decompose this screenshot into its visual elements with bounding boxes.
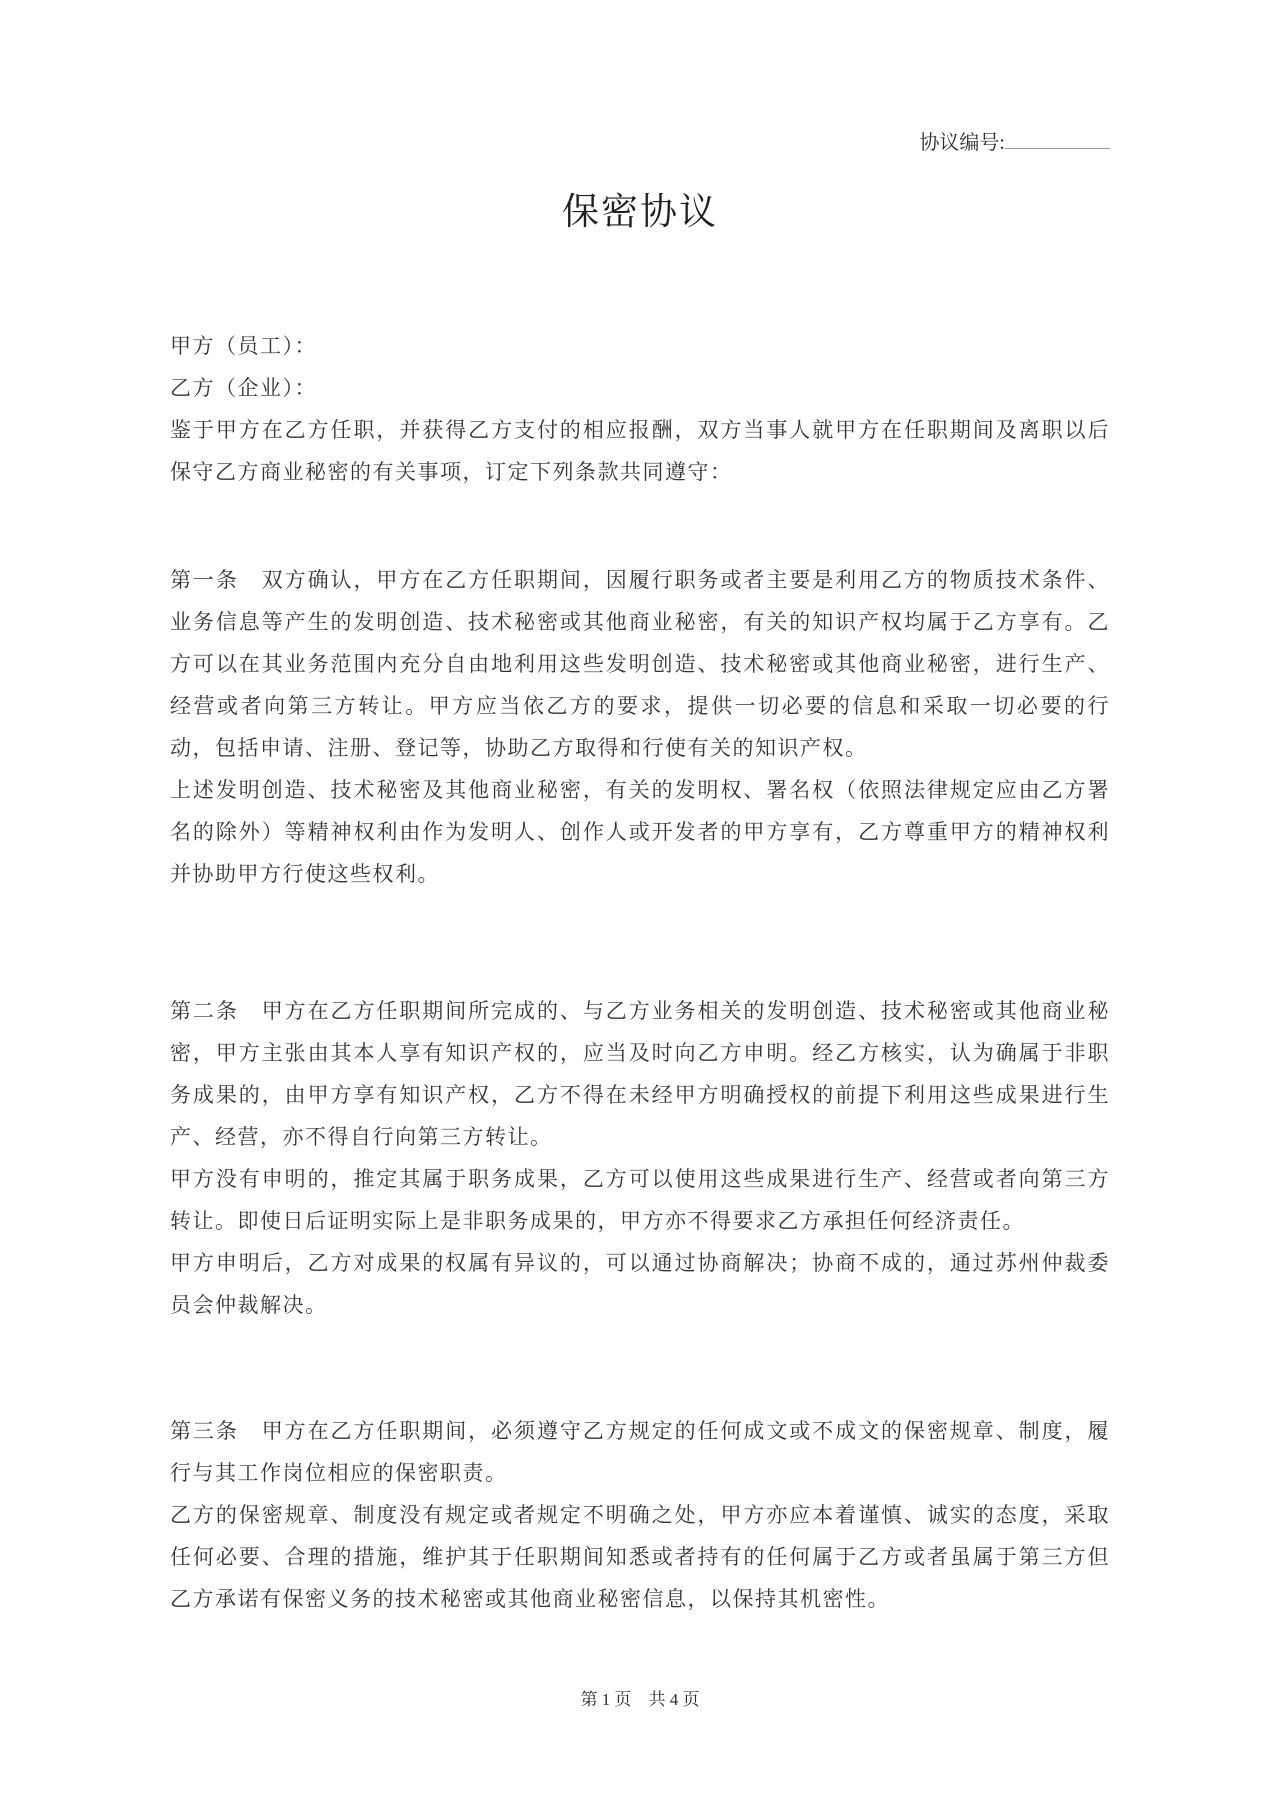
article-1-paragraph-1: 第一条 双方确认，甲方在乙方任职期间，因履行职务或者主要是利用乙方的物质技术条件… [170, 559, 1110, 769]
page-number: 第 1 页 共 4 页 [170, 1685, 1110, 1715]
preamble-paragraph: 鉴于甲方在乙方任职，并获得乙方支付的相应报酬，双方当事人就甲方在任职期间及离职以… [170, 409, 1110, 493]
agreement-number-label: 协议编号: [919, 132, 1005, 154]
article-1: 第一条 双方确认，甲方在乙方任职期间，因履行职务或者主要是利用乙方的物质技术条件… [170, 559, 1110, 895]
document-page: 协议编号: 保密协议 甲方（员工）： 乙方（企业）： 鉴于甲方在乙方任职，并获得… [0, 0, 1280, 1810]
party-b-line: 乙方（企业）： [170, 367, 1110, 409]
article-2-paragraph-1: 第二条 甲方在乙方任职期间所完成的、与乙方业务相关的发明创造、技术秘密或其他商业… [170, 990, 1110, 1158]
page-title: 保密协议 [170, 188, 1110, 238]
agreement-number-row: 协议编号: [170, 0, 1110, 158]
article-2-paragraph-3: 甲方申明后，乙方对成果的权属有异议的，可以通过协商解决；协商不成的，通过苏州仲裁… [170, 1242, 1110, 1326]
article-2-paragraph-2: 甲方没有申明的，推定其属于职务成果，乙方可以使用这些成果进行生产、经营或者向第三… [170, 1158, 1110, 1242]
parties-block: 甲方（员工）： 乙方（企业）： 鉴于甲方在乙方任职，并获得乙方支付的相应报酬，双… [170, 325, 1110, 493]
article-3-paragraph-1: 第三条 甲方在乙方任职期间，必须遵守乙方规定的任何成文或不成文的保密规章、制度，… [170, 1410, 1110, 1494]
article-2: 第二条 甲方在乙方任职期间所完成的、与乙方业务相关的发明创造、技术秘密或其他商业… [170, 990, 1110, 1326]
agreement-number-blank-field [1005, 128, 1110, 149]
article-3: 第三条 甲方在乙方任职期间，必须遵守乙方规定的任何成文或不成文的保密规章、制度，… [170, 1410, 1110, 1620]
article-1-paragraph-2: 上述发明创造、技术秘密及其他商业秘密，有关的发明权、署名权（依照法律规定应由乙方… [170, 769, 1110, 895]
article-3-paragraph-2: 乙方的保密规章、制度没有规定或者规定不明确之处，甲方亦应本着谨慎、诚实的态度，采… [170, 1494, 1110, 1620]
party-a-line: 甲方（员工）： [170, 325, 1110, 367]
